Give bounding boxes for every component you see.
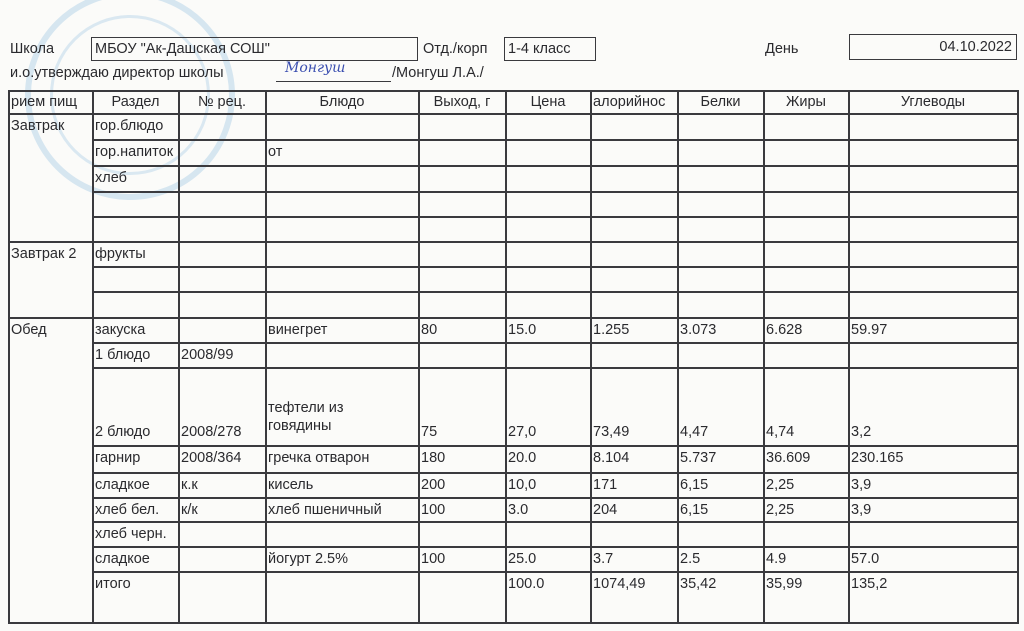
grid-line	[8, 317, 1019, 319]
grid-line	[265, 90, 267, 624]
table-cell: кисель	[268, 476, 416, 494]
table-cell: гарнир	[95, 449, 176, 467]
table-cell: 1.255	[593, 321, 675, 339]
table-cell: 27,0	[508, 423, 588, 441]
table-cell: гречка отварон	[268, 449, 416, 467]
grid-line	[92, 367, 1019, 369]
grid-line	[92, 191, 1019, 193]
table-cell: 180	[421, 449, 503, 467]
table-cell: 73,49	[593, 423, 675, 441]
table-cell: 204	[593, 501, 675, 519]
table-cell: йогурт 2.5%	[268, 550, 416, 568]
grid-line	[92, 546, 1019, 548]
table-cell: 2 блюдо	[95, 423, 176, 441]
meal-name: Завтрак 2	[11, 245, 90, 263]
grid-line	[92, 90, 94, 624]
grid-line	[763, 90, 765, 624]
table-cell: 4,47	[680, 423, 761, 441]
meal-name: Завтрак	[11, 117, 90, 135]
grid-line	[92, 342, 1019, 344]
grid-line	[418, 90, 420, 624]
grid-line	[848, 90, 850, 624]
table-cell: 35,99	[766, 575, 846, 593]
table-cell: к/к	[181, 501, 263, 519]
column-header: Выход, г	[421, 93, 503, 111]
grid-line	[178, 90, 180, 624]
table-cell: 15.0	[508, 321, 588, 339]
table-cell: 59.97	[851, 321, 1015, 339]
grid-line	[8, 622, 1019, 624]
table-cell: 20.0	[508, 449, 588, 467]
column-header: рием пищ	[11, 93, 90, 111]
grid-line	[8, 241, 1019, 243]
table-cell: 3,9	[851, 476, 1015, 494]
grid-line	[1017, 90, 1019, 624]
table-cell: 2.5	[680, 550, 761, 568]
table-cell: 3.073	[680, 321, 761, 339]
table-cell: 2,25	[766, 476, 846, 494]
grid-line	[8, 90, 10, 624]
grid-line	[92, 165, 1019, 167]
column-header: алорийнос	[593, 93, 675, 111]
column-header: Жиры	[766, 93, 846, 111]
column-header: Цена	[508, 93, 588, 111]
table-cell: фрукты	[95, 245, 176, 263]
table-cell: гор.блюдо	[95, 117, 262, 135]
table-cell: 6.628	[766, 321, 846, 339]
table-cell: 2008/278	[181, 423, 263, 441]
table-cell: 1074,49	[593, 575, 675, 593]
table-cell: закуска	[95, 321, 176, 339]
column-header: Раздел	[95, 93, 176, 111]
column-header: № рец.	[181, 93, 263, 111]
table-cell: 75	[421, 423, 503, 441]
table-cell: 6,15	[680, 476, 761, 494]
table-cell: хлеб бел.	[95, 501, 176, 519]
table-cell: 5.737	[680, 449, 761, 467]
table-cell: от	[268, 143, 416, 161]
table-cell: 35,42	[680, 575, 761, 593]
table-cell: 230.165	[851, 449, 1015, 467]
table-cell: 6,15	[680, 501, 761, 519]
grid-line	[92, 216, 1019, 218]
table-cell: 57.0	[851, 550, 1015, 568]
table-cell: 36.609	[766, 449, 846, 467]
table-cell: 80	[421, 321, 503, 339]
grid-line	[590, 90, 592, 624]
table-cell: 10,0	[508, 476, 588, 494]
grid-line	[92, 571, 1019, 573]
table-cell: хлеб черн.	[95, 525, 262, 543]
grid-line	[92, 291, 1019, 293]
column-header: Блюдо	[268, 93, 416, 111]
table-cell: 3,2	[851, 423, 1015, 441]
table-cell: 8.104	[593, 449, 675, 467]
grid-line	[8, 113, 1019, 115]
table-cell: хлеб пшеничный	[268, 501, 416, 519]
table-cell: гор.напиток	[95, 143, 262, 161]
meal-name: Обед	[11, 321, 90, 339]
table-cell: к.к	[181, 476, 263, 494]
table-cell: 135,2	[851, 575, 1015, 593]
table-cell: тефтели из говядины	[268, 399, 416, 435]
grid-line	[92, 445, 1019, 447]
table-cell: 2008/99	[181, 346, 263, 364]
grid-line	[92, 266, 1019, 268]
menu-table: рием пищРаздел№ рец.БлюдоВыход, гЦенаало…	[0, 0, 1024, 631]
table-cell: сладкое	[95, 550, 176, 568]
grid-line	[92, 521, 1019, 523]
table-cell: итого	[95, 575, 176, 593]
column-header: Углеводы	[851, 93, 1015, 111]
table-cell: 4.9	[766, 550, 846, 568]
column-header: Белки	[680, 93, 761, 111]
table-cell: 100	[421, 501, 503, 519]
grid-line	[677, 90, 679, 624]
table-cell: 3.7	[593, 550, 675, 568]
table-cell: 171	[593, 476, 675, 494]
table-cell: 2008/364	[181, 449, 263, 467]
table-cell: 200	[421, 476, 503, 494]
table-cell: 3.0	[508, 501, 588, 519]
grid-line	[8, 90, 1019, 92]
table-cell: 3,9	[851, 501, 1015, 519]
table-cell: 100	[421, 550, 503, 568]
table-cell: 25.0	[508, 550, 588, 568]
table-cell: 100.0	[508, 575, 588, 593]
table-cell: 4,74	[766, 423, 846, 441]
table-cell: хлеб	[95, 169, 176, 187]
table-cell: 2,25	[766, 501, 846, 519]
table-cell: 1 блюдо	[95, 346, 176, 364]
grid-line	[92, 139, 1019, 141]
grid-line	[92, 497, 1019, 499]
table-cell: винегрет	[268, 321, 416, 339]
grid-line	[505, 90, 507, 624]
grid-line	[92, 472, 1019, 474]
table-cell: сладкое	[95, 476, 176, 494]
